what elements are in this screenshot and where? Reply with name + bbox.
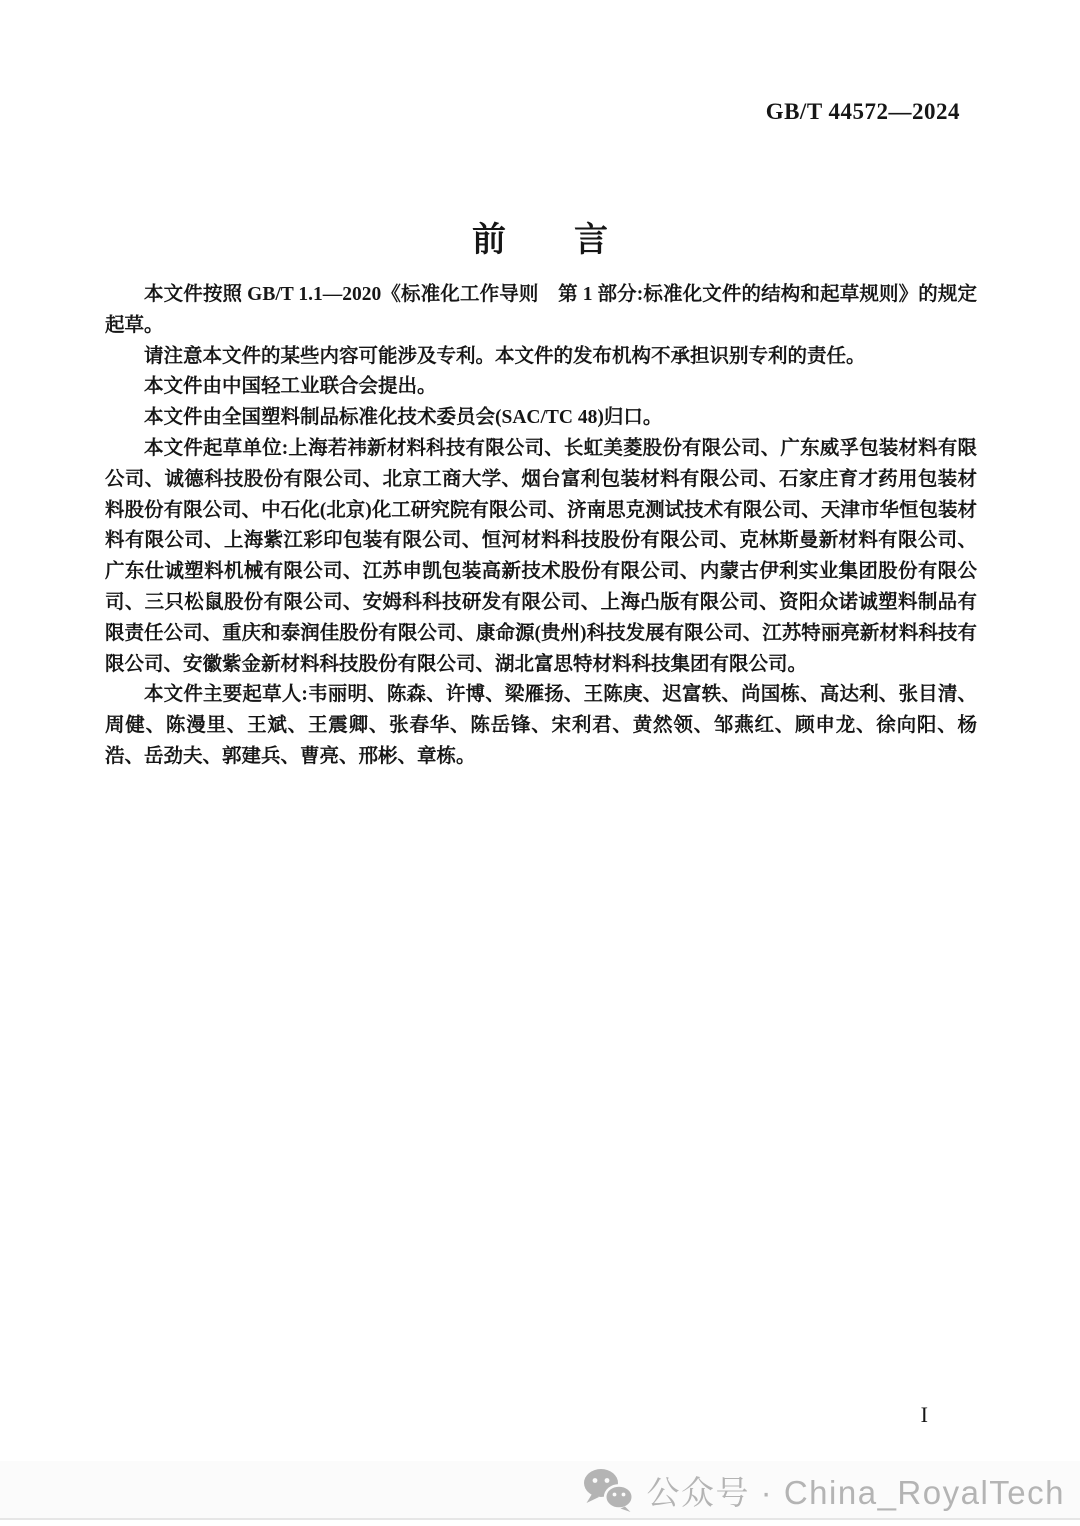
page-edge-divider bbox=[0, 1518, 1080, 1520]
watermark-text: 公众号 · China_RoyalTech bbox=[647, 1467, 1065, 1514]
paragraph-proposer: 本文件由中国轻工业联合会提出。 bbox=[105, 372, 977, 403]
document-page: GB/T 44572—2024 前言 本文件按照 GB/T 1.1—2020《标… bbox=[0, 0, 1080, 1526]
standard-number: GB/T 44572—2024 bbox=[766, 99, 960, 125]
wechat-icon bbox=[582, 1468, 634, 1512]
paragraph-patent-notice: 请注意本文件的某些内容可能涉及专利。本文件的发布机构不承担识别专利的责任。 bbox=[105, 342, 977, 373]
paragraph-drafting-basis: 本文件按照 GB/T 1.1—2020《标准化工作导则 第 1 部分:标准化文件… bbox=[105, 280, 977, 342]
document-body: 本文件按照 GB/T 1.1—2020《标准化工作导则 第 1 部分:标准化文件… bbox=[105, 280, 977, 773]
paragraph-committee: 本文件由全国塑料制品标准化技术委员会(SAC/TC 48)归口。 bbox=[105, 403, 977, 434]
paragraph-drafters: 本文件主要起草人:韦丽明、陈森、许博、梁雁扬、王陈庚、迟富轶、尚国栋、高达利、张… bbox=[105, 680, 977, 772]
page-title: 前言 bbox=[0, 212, 1080, 261]
watermark-bar: 公众号 · China_RoyalTech bbox=[0, 1461, 1080, 1519]
paragraph-drafting-organizations: 本文件起草单位:上海若祎新材料科技有限公司、长虹美菱股份有限公司、广东威孚包装材… bbox=[105, 434, 977, 680]
page-number: I bbox=[921, 1402, 928, 1428]
